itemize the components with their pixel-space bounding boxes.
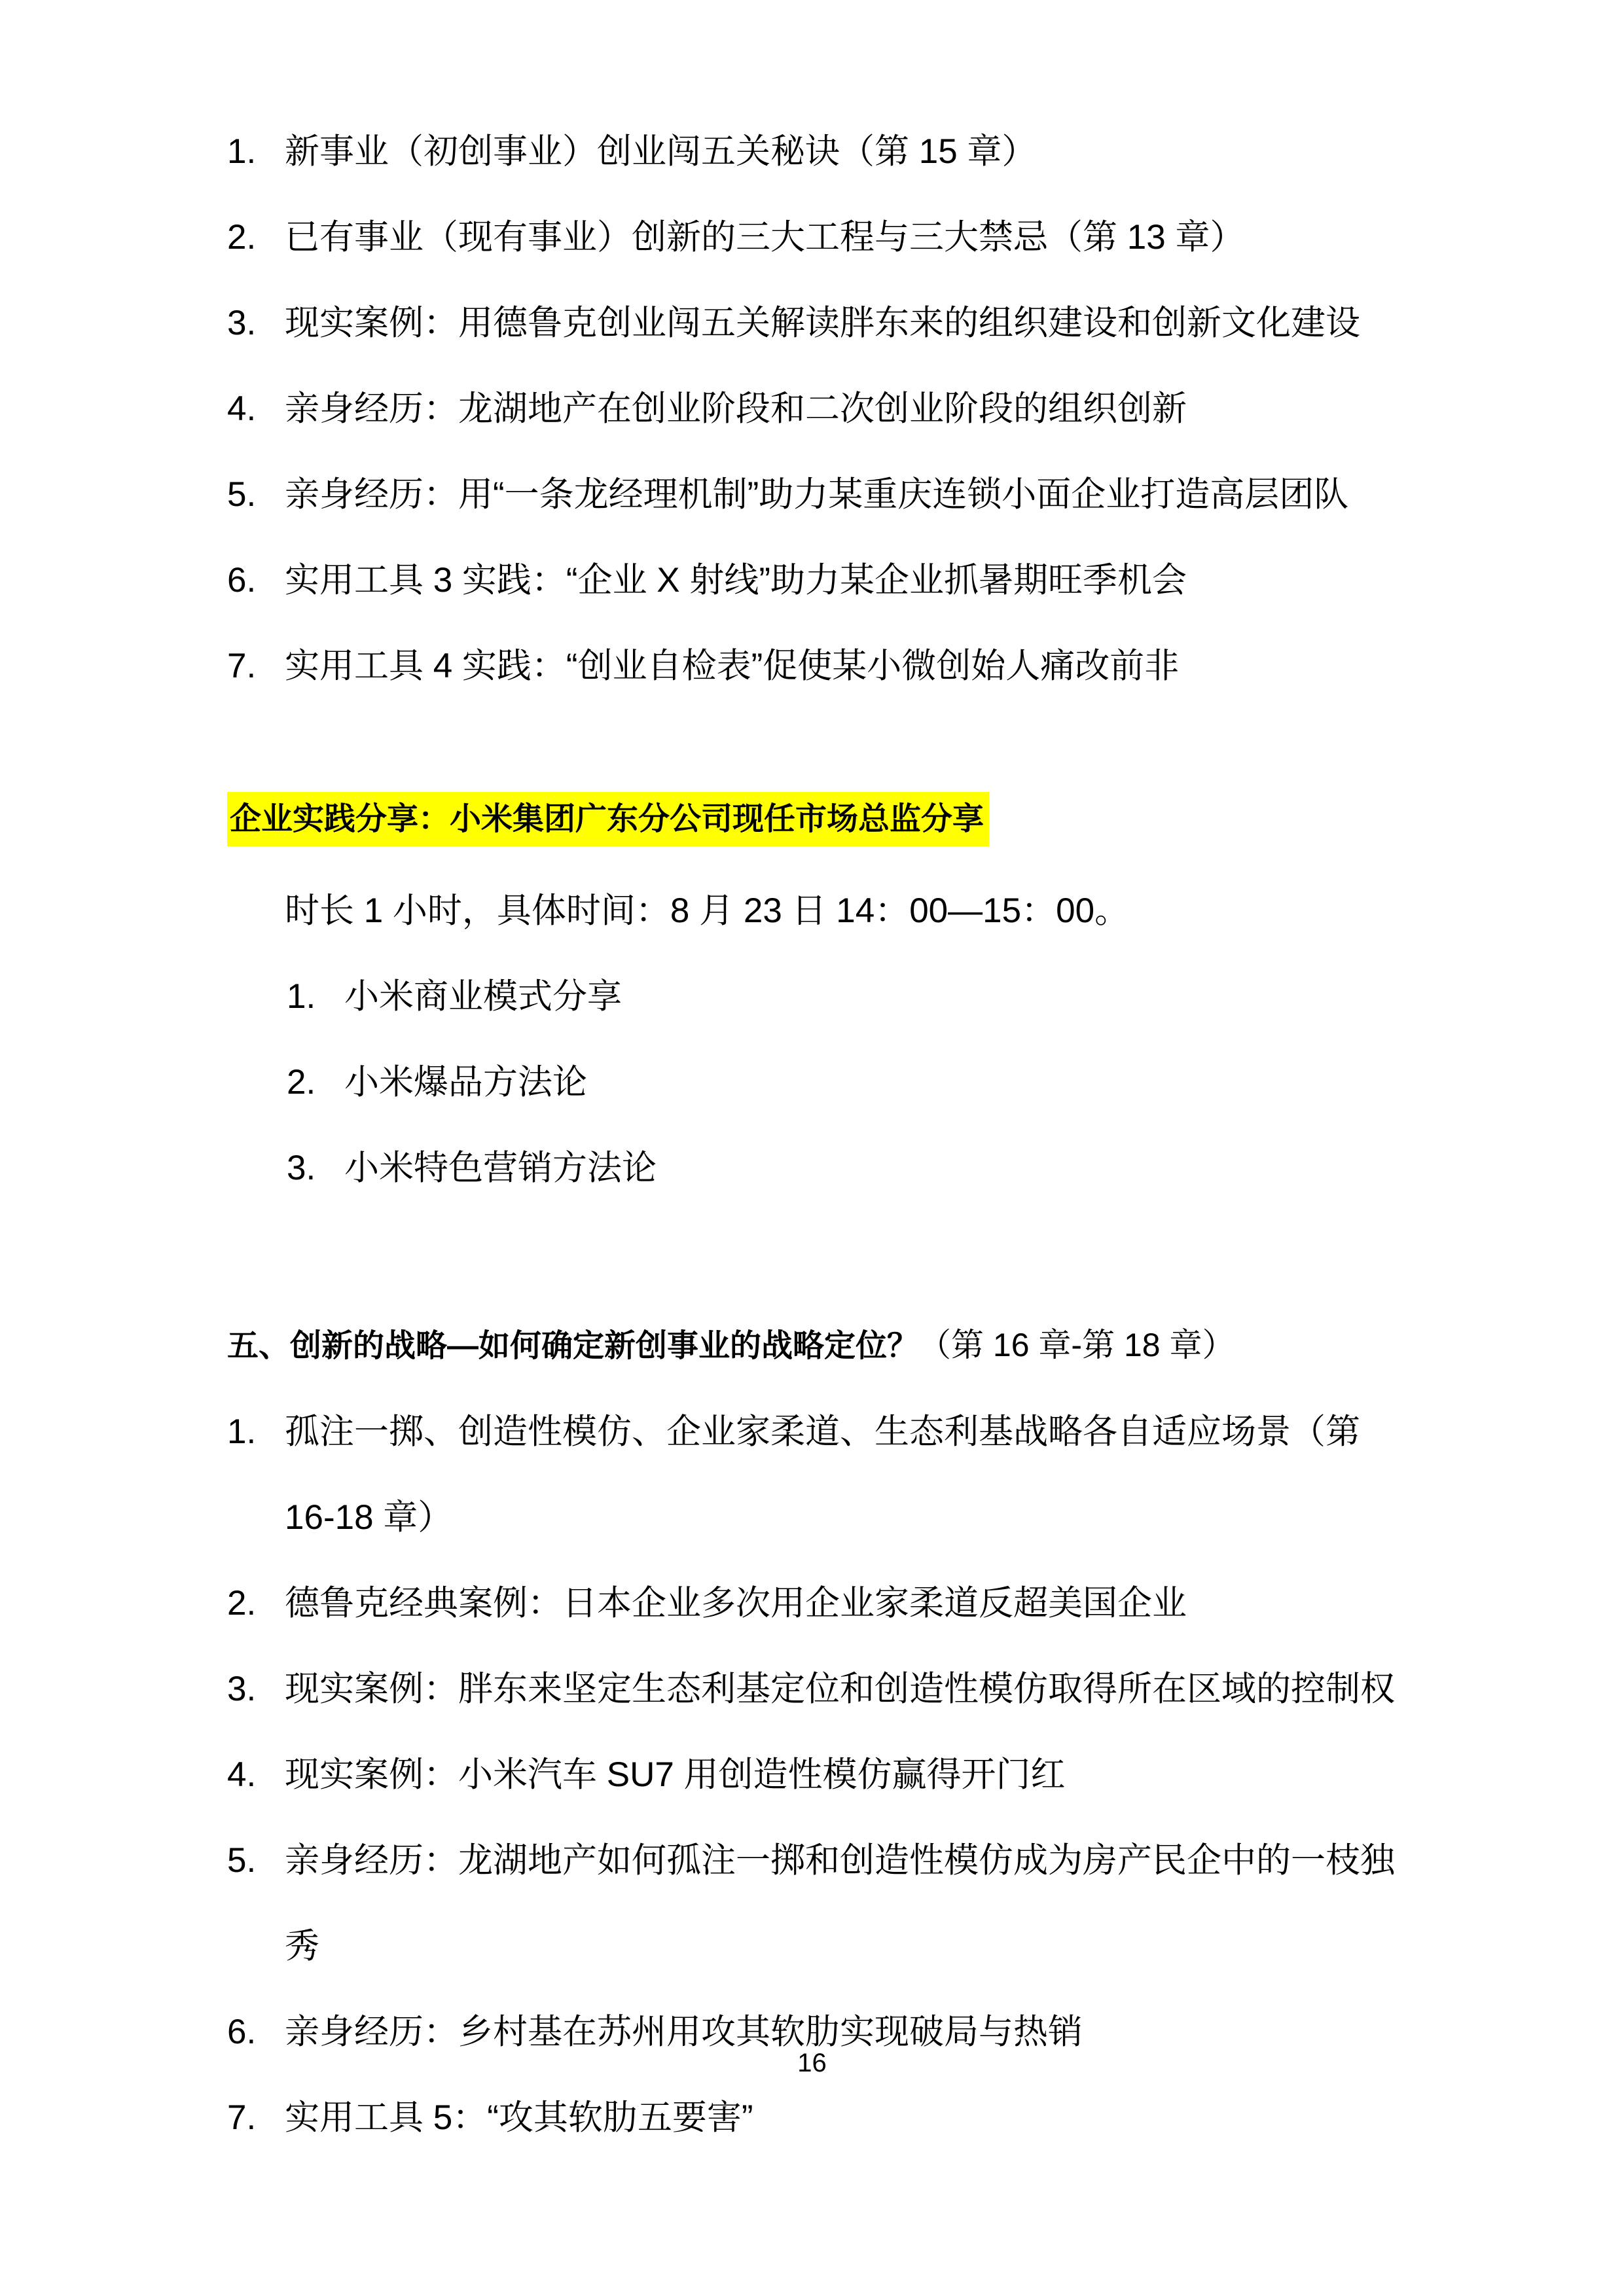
list-item-number: 3. [227,1646,256,1732]
list-item-text: 实用工具 4 实践：“创业自检表”促使某小微创始人痛改前非 [285,647,1179,685]
list-item: 5. 亲身经历：龙湖地产如何孤注一掷和创造性模仿成为房产民企中的一枝独秀 [227,1818,1415,1989]
section-five-heading-title: 五、创新的战略—如何确定新创事业的战略定位？ [227,1329,918,1363]
list-item-text: 实用工具 5：“攻其软肋五要害” [285,2098,753,2137]
list-item-number: 1. [227,1389,256,1475]
list-item-text: 已有事业（现有事业）创新的三大工程与三大禁忌（第 13 章） [285,218,1244,257]
highlighted-text: 企业实践分享：小米集团广东分公司现任市场总监分享 [227,792,989,846]
section-four-list: 1. 新事业（初创事业）创业闯五关秘诀（第 15 章） 2. 已有事业（现有事业… [227,109,1415,709]
list-item-number: 5. [227,1818,256,1903]
section-five-heading-chapters: （第 16 章-第 18 章） [918,1327,1235,1363]
list-item-text: 新事业（初创事业）创业闯五关秘诀（第 15 章） [285,132,1036,171]
list-item-number: 2. [227,194,256,280]
list-item: 2. 小米爆品方法论 [287,1039,1415,1125]
list-item: 3. 现实案例：用德鲁克创业闯五关解读胖东来的组织建设和创新文化建设 [227,280,1415,366]
list-item-text: 现实案例：胖东来坚定生态利基定位和创造性模仿取得所在区域的控制权 [285,1670,1395,1708]
list-item: 3. 小米特色营销方法论 [287,1125,1415,1211]
list-item-text: 现实案例：用德鲁克创业闯五关解读胖东来的组织建设和创新文化建设 [285,304,1360,342]
list-item-text: 亲身经历：用“一条龙经理机制”助力某重庆连锁小面企业打造高层团队 [285,475,1348,514]
list-item: 7. 实用工具 5：“攻其软肋五要害” [227,2075,1415,2161]
section-five-heading: 五、创新的战略—如何确定新创事业的战略定位？（第 16 章-第 18 章） [227,1302,1415,1389]
section-five-list: 1. 孤注一掷、创造性模仿、企业家柔道、生态利基战略各自适应场景（第 16-18… [227,1389,1415,2161]
list-item-text: 现实案例：小米汽车 SU7 用创造性模仿赢得开门红 [285,1755,1066,1794]
list-item: 1. 新事业（初创事业）创业闯五关秘诀（第 15 章） [227,109,1415,194]
list-item: 5. 亲身经历：用“一条龙经理机制”助力某重庆连锁小面企业打造高层团队 [227,452,1415,537]
practice-sharing-heading: 企业实践分享：小米集团广东分公司现任市场总监分享 [227,791,1415,848]
list-item-number: 2. [287,1039,316,1125]
list-item-text: 小米商业模式分享 [344,977,622,1016]
list-item-number: 6. [227,537,256,623]
list-item-text: 亲身经历：龙湖地产如何孤注一掷和创造性模仿成为房产民企中的一枝独秀 [285,1841,1395,1965]
list-item-number: 7. [227,623,256,709]
practice-sharing-list: 1. 小米商业模式分享 2. 小米爆品方法论 3. 小米特色营销方法论 [287,954,1415,1211]
list-item: 2. 德鲁克经典案例：日本企业多次用企业家柔道反超美国企业 [227,1560,1415,1646]
list-item: 1. 孤注一掷、创造性模仿、企业家柔道、生态利基战略各自适应场景（第 16-18… [227,1389,1415,1560]
list-item-text: 孤注一掷、创造性模仿、企业家柔道、生态利基战略各自适应场景（第 16-18 章） [285,1412,1360,1537]
list-item-text: 实用工具 3 实践：“企业 X 射线”助力某企业抓暑期旺季机会 [285,561,1187,600]
list-item-number: 4. [227,1732,256,1818]
list-item-text: 亲身经历：龙湖地产在创业阶段和二次创业阶段的组织创新 [285,389,1187,428]
list-item: 1. 小米商业模式分享 [287,954,1415,1039]
list-item-number: 3. [287,1125,316,1211]
list-item-number: 7. [227,2075,256,2161]
list-item-text: 亲身经历：乡村基在苏州用攻其软肋实现破局与热销 [285,2013,1083,2051]
list-item: 2. 已有事业（现有事业）创新的三大工程与三大禁忌（第 13 章） [227,194,1415,280]
duration-line: 时长 1 小时，具体时间：8 月 23 日 14：00—15：00。 [227,868,1415,954]
list-item-text: 德鲁克经典案例：日本企业多次用企业家柔道反超美国企业 [285,1584,1187,1623]
list-item-number: 2. [227,1560,256,1646]
list-item-number: 1. [287,954,316,1039]
list-item-text: 小米爆品方法论 [344,1063,587,1102]
list-item-number: 5. [227,452,256,537]
list-item-text: 小米特色营销方法论 [344,1149,657,1187]
list-item: 3. 现实案例：胖东来坚定生态利基定位和创造性模仿取得所在区域的控制权 [227,1646,1415,1732]
list-item: 4. 现实案例：小米汽车 SU7 用创造性模仿赢得开门红 [227,1732,1415,1818]
list-item-number: 1. [227,109,256,194]
list-item-number: 4. [227,366,256,452]
list-item: 6. 实用工具 3 实践：“企业 X 射线”助力某企业抓暑期旺季机会 [227,537,1415,623]
document-page: 1. 新事业（初创事业）创业闯五关秘诀（第 15 章） 2. 已有事业（现有事业… [0,0,1624,2296]
list-item-number: 3. [227,280,256,366]
list-item: 7. 实用工具 4 实践：“创业自检表”促使某小微创始人痛改前非 [227,623,1415,709]
page-number: 16 [0,2049,1624,2077]
list-item: 4. 亲身经历：龙湖地产在创业阶段和二次创业阶段的组织创新 [227,366,1415,452]
